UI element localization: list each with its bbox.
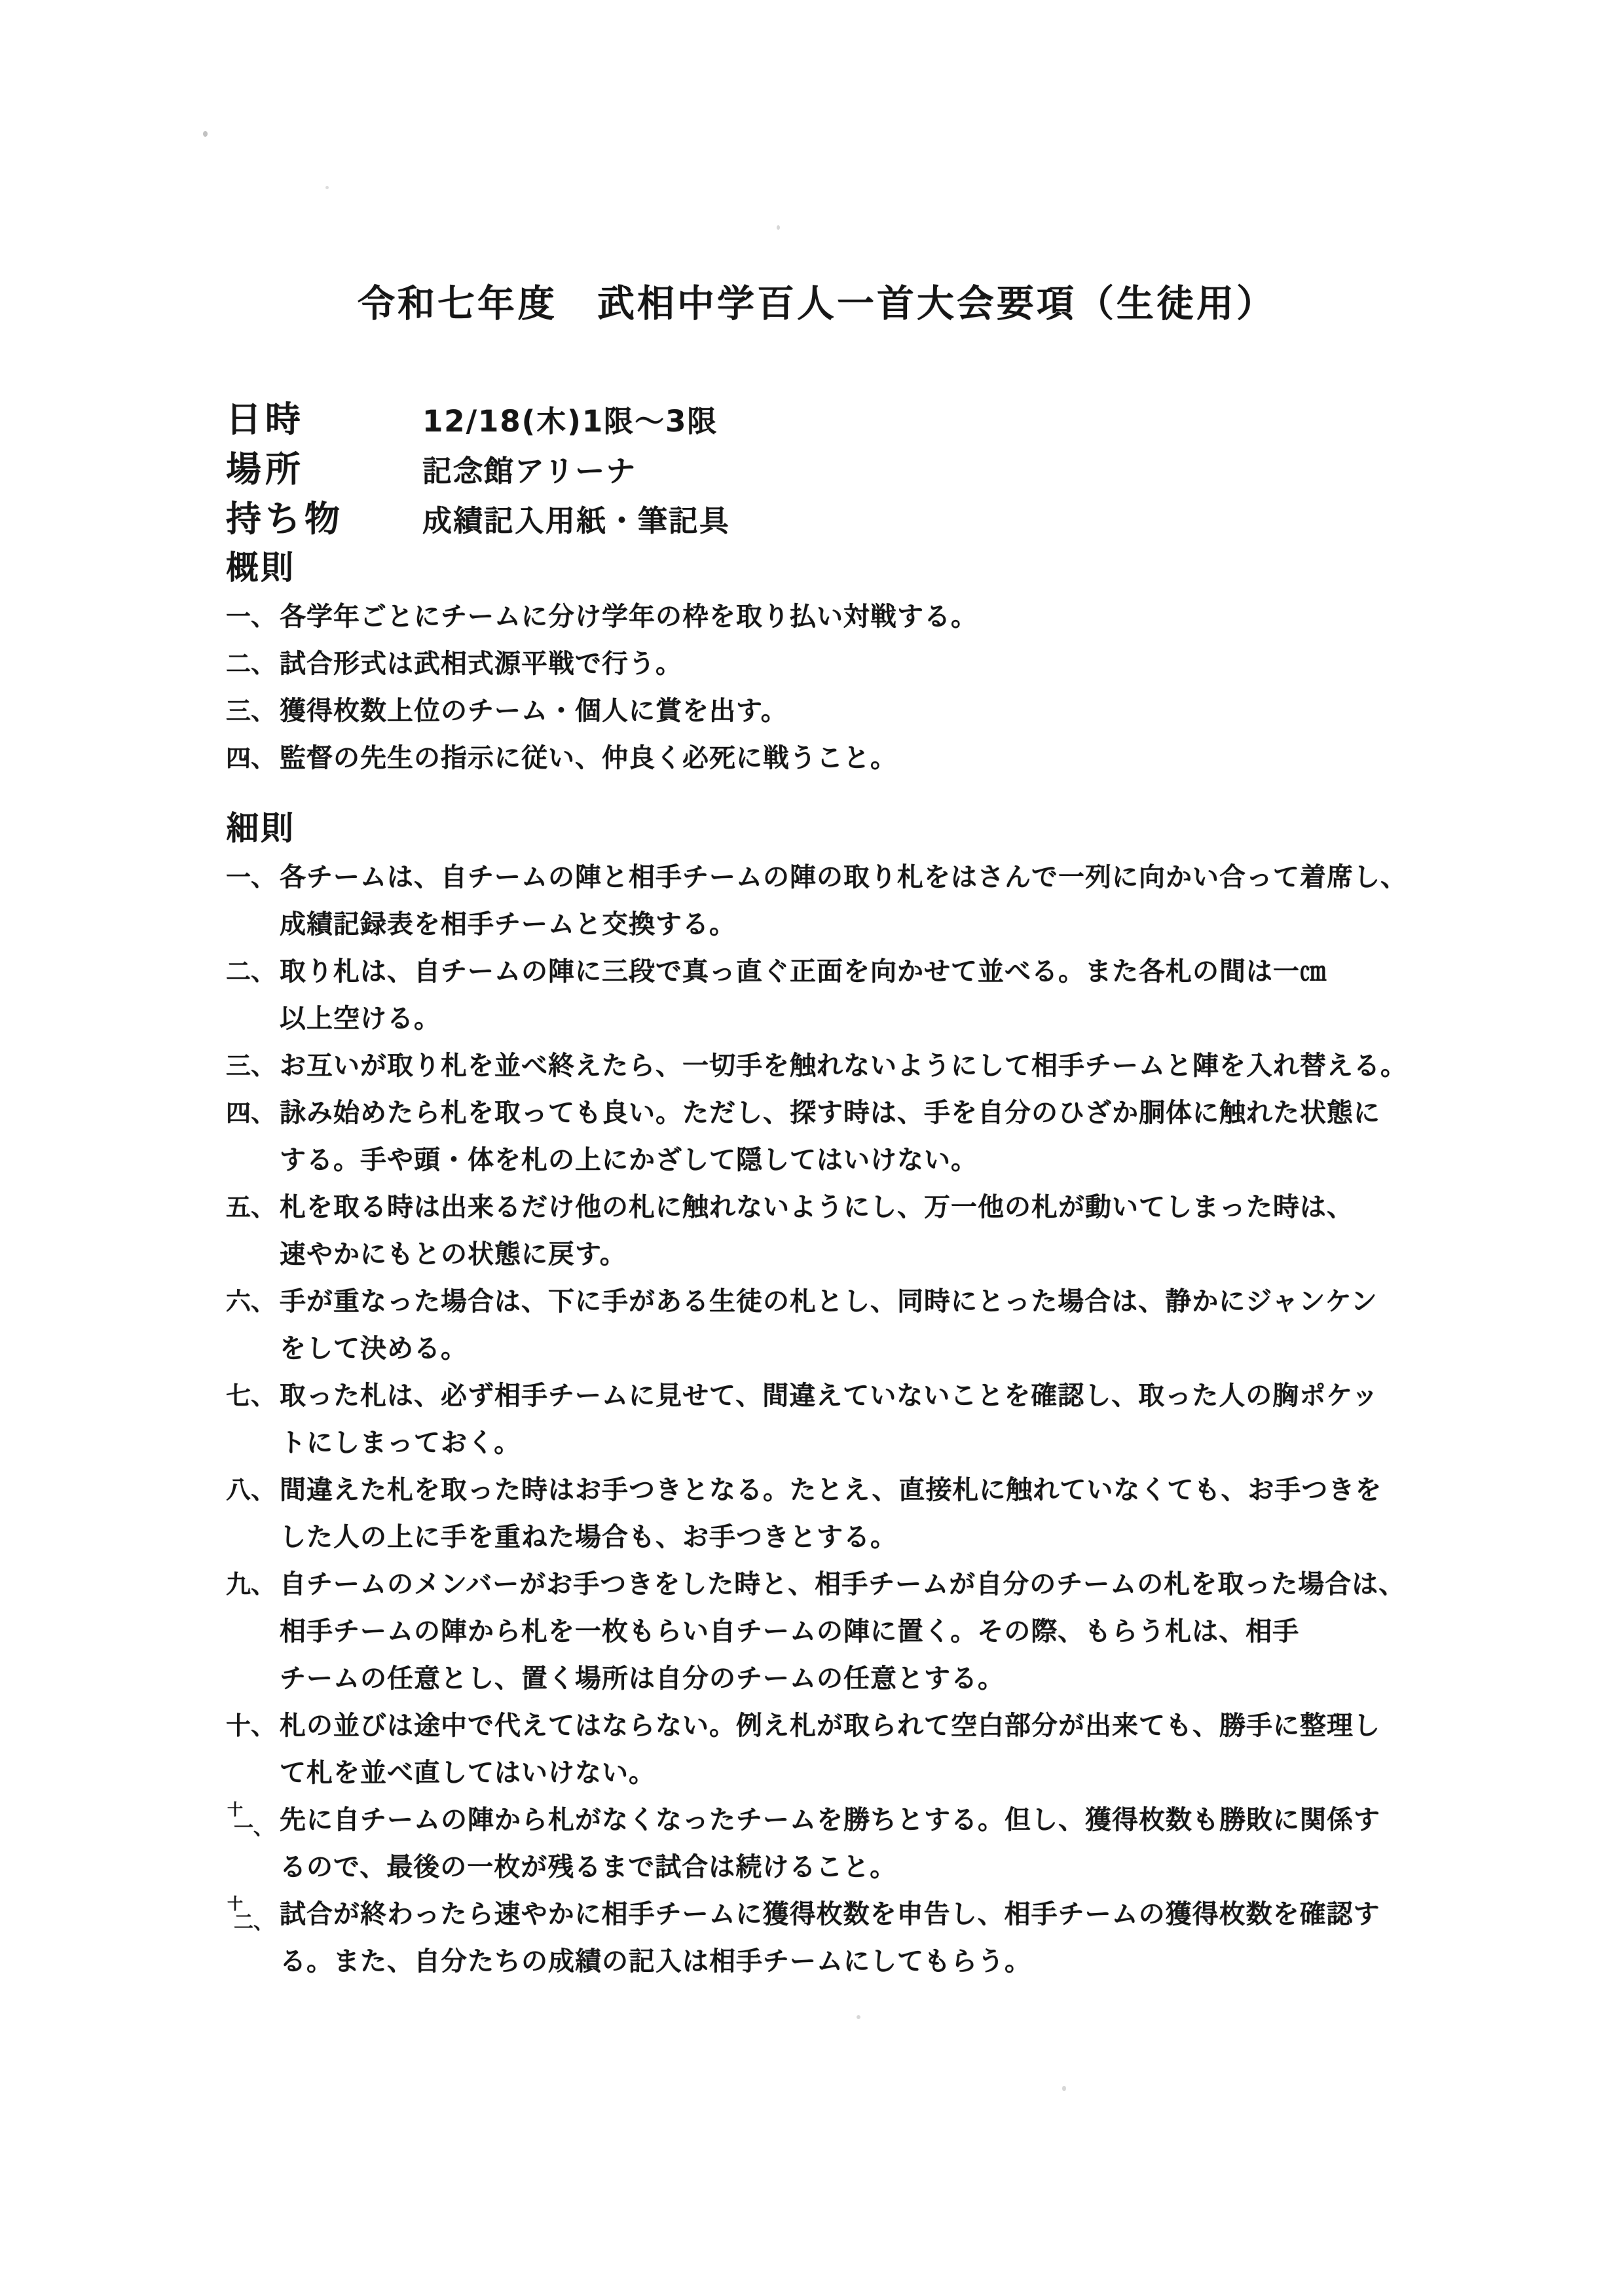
rule-text: 札の並びは途中で代えてはならない。例え札が取られて空白部分が出来ても、勝手に整理… [280,1702,1408,1796]
rule-item: 十二、 試合が終わったら速やかに相手チームに獲得枚数を申告し、相手チームの獲得枚… [226,1891,1408,1985]
page-title: 令和七年度 武相中学百人一首大会要項（生徒用） [358,274,1276,327]
rule-text-line: チームの任意とし、置く場所は自分のチームの任意とする。 [280,1655,1408,1702]
rule-text: 試合が終わったら速やかに相手チームに獲得枚数を申告し、相手チームの獲得枚数を確認… [280,1891,1408,1985]
rule-text-line: お互いが取り札を並べ終えたら、一切手を触れないようにして相手チームと陣を入れ替え… [280,1042,1408,1089]
rule-text: 獲得枚数上位のチーム・個人に賞を出す。 [280,687,1408,735]
info-label: 場所 [226,441,422,492]
rule-number: 七、 [226,1372,280,1419]
rule-number: 一、 [226,593,280,640]
section-heading: 細則 [226,803,1408,854]
rule-text-line: する。手や頭・体を札の上にかざして隠してはいけない。 [280,1137,1408,1184]
rule-text: 取った札は、必ず相手チームに見せて、間違えていないことを確認し、取った人の胸ポケ… [280,1372,1408,1467]
rule-number: 十一、 [226,1796,280,1839]
rule-text-line: 札を取る時は出来るだけ他の札に触れないようにし、万一他の札が動いてしまった時は、 [280,1184,1408,1231]
rules-list: 一、 各チームは、自チームの陣と相手チームの陣の取り札をはさんで一列に向かい合っ… [226,854,1408,1985]
info-label: 持ち物 [226,491,422,541]
rule-item: 十、 札の並びは途中で代えてはならない。例え札が取られて空白部分が出来ても、勝手… [226,1702,1408,1796]
rules-section: 細則 一、 各チームは、自チームの陣と相手チームの陣の取り札をはさんで一列に向か… [226,803,1408,1985]
rule-text-line: をして決める。 [280,1325,1408,1372]
rule-text: 詠み始めたら札を取っても良い。ただし、探す時は、手を自分のひざか胴体に触れた状態… [280,1089,1408,1184]
rule-text-line: 自チームのメンバーがお手つきをした時と、相手チームが自分のチームの札を取った場合… [280,1561,1408,1608]
sections-container: 概則 一、 各学年ごとにチームに分け学年の枠を取り払い対戦する。 二、 試合形式… [226,542,1408,1985]
rule-text-line: 速やかにもとの状態に戻す。 [280,1231,1408,1278]
rules-section: 概則 一、 各学年ごとにチームに分け学年の枠を取り払い対戦する。 二、 試合形式… [226,542,1408,782]
rule-text-line: トにしまっておく。 [280,1419,1408,1467]
rule-number: 五、 [226,1184,280,1231]
rule-text-line: した人の上に手を重ねた場合も、お手つきとする。 [280,1514,1408,1561]
rule-text-line: 以上空ける。 [280,995,1408,1042]
info-block: 日時 12/18(木)1限～3限 場所 記念館アリーナ 持ち物 成績記入用紙・筆… [226,392,1408,541]
rule-text-line: 手が重なった場合は、下に手がある生徒の札とし、同時にとった場合は、静かにジャンケ… [280,1278,1408,1325]
rule-text-line: 相手チームの陣から札を一枚もらい自チームの陣に置く。その際、もらう札は、相手 [280,1608,1408,1655]
rule-text-line: て札を並べ直してはいけない。 [280,1749,1408,1796]
rule-number: 八、 [226,1467,280,1514]
rule-item: 三、 お互いが取り札を並べ終えたら、一切手を触れないようにして相手チームと陣を入… [226,1042,1408,1089]
rule-text: 先に自チームの陣から札がなくなったチームを勝ちとする。但し、獲得枚数も勝敗に関係… [280,1796,1408,1891]
rule-item: 十一、 先に自チームの陣から札がなくなったチームを勝ちとする。但し、獲得枚数も勝… [226,1796,1408,1891]
rule-number: 九、 [226,1561,280,1608]
rule-text-line: 試合が終わったら速やかに相手チームに獲得枚数を申告し、相手チームの獲得枚数を確認… [280,1891,1408,1938]
scan-artifact [1062,2086,1066,2091]
rule-text-line: 取り札は、自チームの陣に三段で真っ直ぐ正面を向かせて並べる。また各札の間は一㎝ [280,948,1408,995]
rule-item: 一、 各学年ごとにチームに分け学年の枠を取り払い対戦する。 [226,593,1408,640]
rule-number: 十、 [226,1702,280,1749]
scan-artifact [857,2015,860,2019]
rule-text: 取り札は、自チームの陣に三段で真っ直ぐ正面を向かせて並べる。また各札の間は一㎝以… [280,948,1408,1042]
rule-item: 五、 札を取る時は出来るだけ他の札に触れないようにし、万一他の札が動いてしまった… [226,1184,1408,1278]
rule-text: 各チームは、自チームの陣と相手チームの陣の取り札をはさんで一列に向かい合って着席… [280,854,1408,948]
rule-number: 十二、 [226,1891,280,1933]
info-value: 記念館アリーナ [422,447,637,490]
rule-item: 九、 自チームのメンバーがお手つきをした時と、相手チームが自分のチームの札を取っ… [226,1561,1408,1702]
rule-item: 四、 詠み始めたら札を取っても良い。ただし、探す時は、手を自分のひざか胴体に触れ… [226,1089,1408,1184]
rule-item: 八、 間違えた札を取った時はお手つきとなる。たとえ、直接札に触れていなくても、お… [226,1467,1408,1561]
rule-text-line: 各チームは、自チームの陣と相手チームの陣の取り札をはさんで一列に向かい合って着席… [280,854,1408,901]
rule-text-line: る。また、自分たちの成績の記入は相手チームにしてもらう。 [280,1938,1408,1985]
rule-text: 試合形式は武相式源平戦で行う。 [280,640,1408,687]
rule-text-line: 各学年ごとにチームに分け学年の枠を取り払い対戦する。 [280,593,1408,640]
info-row: 持ち物 成績記入用紙・筆記具 [226,491,1408,541]
rule-text: 手が重なった場合は、下に手がある生徒の札とし、同時にとった場合は、静かにジャンケ… [280,1278,1408,1372]
rule-text: 各学年ごとにチームに分け学年の枠を取り払い対戦する。 [280,593,1408,640]
rule-item: 一、 各チームは、自チームの陣と相手チームの陣の取り札をはさんで一列に向かい合っ… [226,854,1408,948]
rule-text-line: 先に自チームの陣から札がなくなったチームを勝ちとする。但し、獲得枚数も勝敗に関係… [280,1796,1408,1844]
scan-artifact [203,131,208,137]
rule-text: 監督の先生の指示に従い、仲良く必死に戦うこと。 [280,735,1408,782]
rule-text-line: 獲得枚数上位のチーム・個人に賞を出す。 [280,687,1408,735]
info-row: 日時 12/18(木)1限～3限 [226,392,1408,441]
scan-artifact [325,186,329,189]
rule-text-line: 成績記録表を相手チームと交換する。 [280,901,1408,948]
rule-text-line: 試合形式は武相式源平戦で行う。 [280,640,1408,687]
rule-item: 二、 取り札は、自チームの陣に三段で真っ直ぐ正面を向かせて並べる。また各札の間は… [226,948,1408,1042]
rule-item: 二、 試合形式は武相式源平戦で行う。 [226,640,1408,687]
rule-item: 四、 監督の先生の指示に従い、仲良く必死に戦うこと。 [226,735,1408,782]
rule-number: 二、 [226,948,280,995]
rule-text-line: るので、最後の一枚が残るまで試合は続けること。 [280,1844,1408,1891]
rule-item: 三、 獲得枚数上位のチーム・個人に賞を出す。 [226,687,1408,735]
rule-item: 七、 取った札は、必ず相手チームに見せて、間違えていないことを確認し、取った人の… [226,1372,1408,1467]
rule-number-ones: 一、 [234,1817,273,1839]
info-row: 場所 記念館アリーナ [226,441,1408,491]
info-label: 日時 [226,392,422,442]
rule-number: 一、 [226,854,280,901]
info-value: 成績記入用紙・筆記具 [422,497,730,539]
rule-number: 三、 [226,1042,280,1089]
rule-text-line: 取った札は、必ず相手チームに見せて、間違えていないことを確認し、取った人の胸ポケ… [280,1372,1408,1419]
rule-number: 二、 [226,640,280,687]
rule-number: 四、 [226,1089,280,1137]
title-row: 令和七年度 武相中学百人一首大会要項（生徒用） [226,274,1408,327]
info-value: 12/18(木)1限～3限 [422,397,718,440]
rule-number-tens: 十 [227,1896,243,1912]
rule-text-line: 札の並びは途中で代えてはならない。例え札が取られて空白部分が出来ても、勝手に整理… [280,1702,1408,1749]
rule-item: 六、 手が重なった場合は、下に手がある生徒の札とし、同時にとった場合は、静かにジ… [226,1278,1408,1372]
rule-number: 六、 [226,1278,280,1325]
section-heading: 概則 [226,542,1408,593]
rules-list: 一、 各学年ごとにチームに分け学年の枠を取り払い対戦する。 二、 試合形式は武相… [226,593,1408,782]
rule-text-line: 監督の先生の指示に従い、仲良く必死に戦うこと。 [280,735,1408,782]
rule-number-ones: 二、 [234,1912,273,1933]
scan-artifact [777,225,780,230]
rule-number: 四、 [226,735,280,782]
rule-text: 札を取る時は出来るだけ他の札に触れないようにし、万一他の札が動いてしまった時は、… [280,1184,1408,1278]
rule-text: お互いが取り札を並べ終えたら、一切手を触れないようにして相手チームと陣を入れ替え… [280,1042,1408,1089]
rule-text-line: 詠み始めたら札を取っても良い。ただし、探す時は、手を自分のひざか胴体に触れた状態… [280,1089,1408,1137]
scanned-document-page: 令和七年度 武相中学百人一首大会要項（生徒用） 日時 12/18(木)1限～3限… [0,0,1624,2296]
rule-number: 三、 [226,687,280,735]
rule-number-tens: 十 [227,1802,243,1817]
rule-text: 自チームのメンバーがお手つきをした時と、相手チームが自分のチームの札を取った場合… [280,1561,1408,1702]
rule-text: 間違えた札を取った時はお手つきとなる。たとえ、直接札に触れていなくても、お手つき… [280,1467,1408,1561]
rule-text-line: 間違えた札を取った時はお手つきとなる。たとえ、直接札に触れていなくても、お手つき… [280,1467,1408,1514]
